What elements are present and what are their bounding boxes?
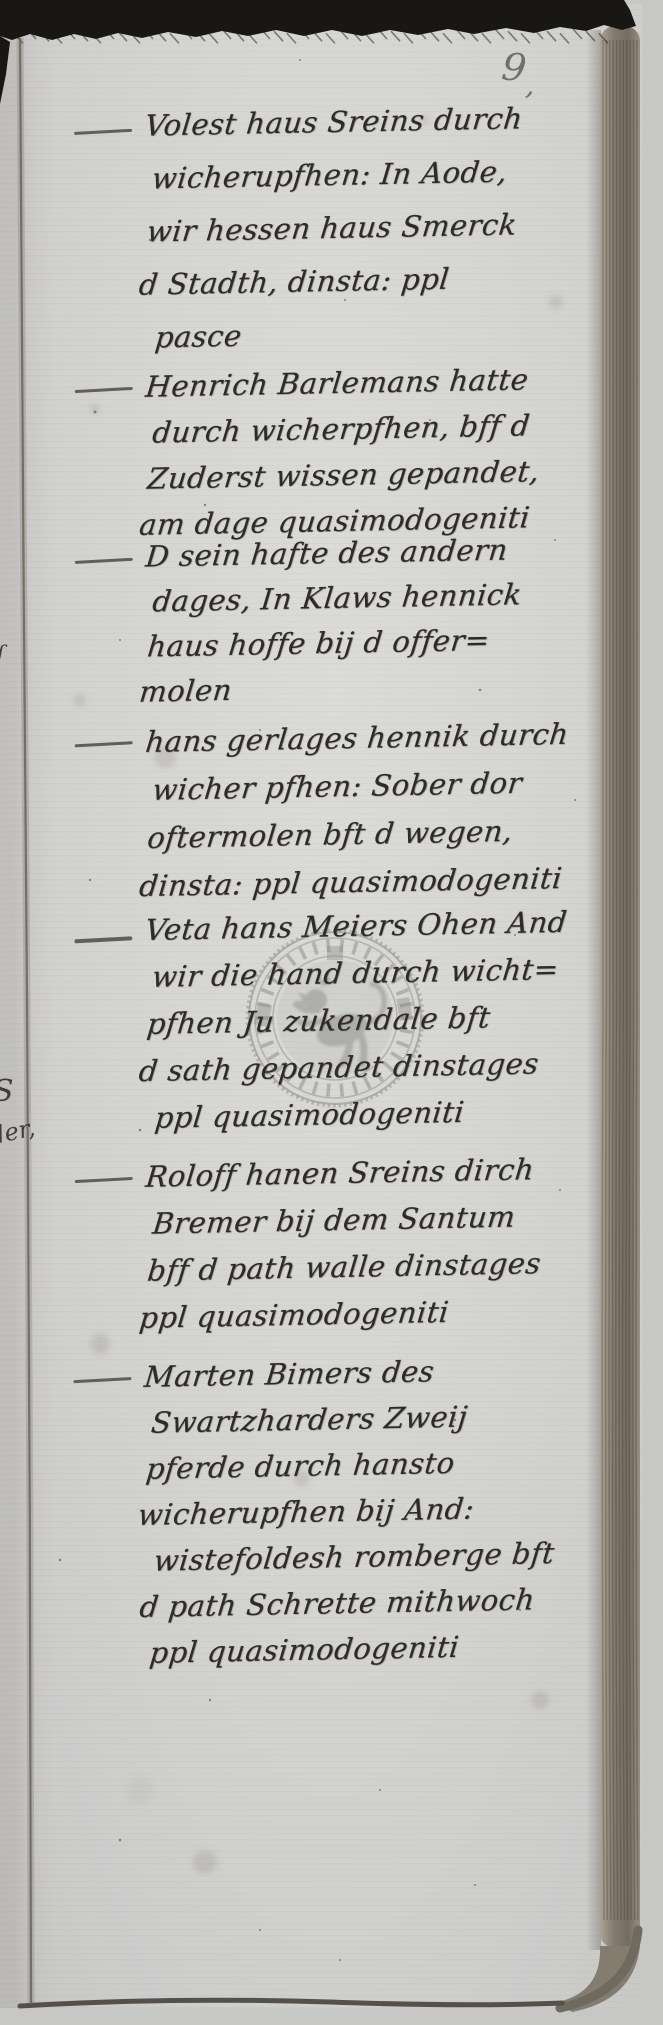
handwritten-line: wistefoldesh romberge bft <box>152 1530 557 1584</box>
handwritten-line: wicherupfhen bij And: <box>136 1484 556 1538</box>
handwritten-line: durch wicherpfhen, bff d <box>150 402 541 456</box>
margin-fragment: S <box>0 1074 14 1109</box>
handwritten-line: ppl quasimodogeniti <box>137 1287 544 1342</box>
handwritten-line: haus hoffe bij d offer= <box>145 617 525 669</box>
register-entry: Volest haus Sreins durchwicherupfhen: In… <box>135 92 527 364</box>
handwritten-line: wicherupfhen: In Aode, <box>149 145 526 205</box>
handwritten-line: hans gerlages hennik durch <box>143 710 571 766</box>
handwritten-line: Zuderst wissen gepandet, <box>145 448 542 502</box>
handwritten-line: wir die hand durch wicht= <box>150 946 571 1001</box>
register-entry: hans gerlages hennik durchwicher pfhen: … <box>136 710 572 910</box>
handwritten-line: wir hessen haus Smerck <box>144 198 527 258</box>
handwritten-line: Veta hans Meiers Ohen And <box>143 899 570 954</box>
handwritten-line: pfhen Ju zukendale bft <box>145 993 572 1048</box>
handwritten-line: Swartzharders Zweij <box>149 1392 554 1446</box>
handwritten-line: wicher pfhen: Sober dor <box>150 758 572 814</box>
handwritten-line: D sein hafte des andern <box>143 527 523 579</box>
handwritten-line: d path Schrette mithwoch <box>137 1576 557 1630</box>
register-entry: Roloff hanen Sreins dirchBremer bij dem … <box>136 1146 542 1342</box>
bottom-page-edge <box>20 2000 562 2006</box>
torn-top-edge <box>0 0 636 104</box>
handwritten-line: ppl quasimodogeniti <box>152 1087 573 1142</box>
handwritten-line: Volest haus Sreins durch <box>142 92 525 152</box>
register-entry: D sein hafte des anderndages, In Klaws h… <box>136 527 524 714</box>
handwritten-line: pasce <box>152 304 529 364</box>
handwritten-line: Bremer bij dem Santum <box>150 1193 542 1248</box>
gutter-fold-line <box>20 38 31 2004</box>
register-entry: Veta hans Meiers Ohen Andwir die hand du… <box>136 899 571 1142</box>
scanned-page: 9, ſSder, Volest haus Sreins durchwicher… <box>0 0 663 2025</box>
handwritten-line: Roloff hanen Sreins dirch <box>143 1146 541 1201</box>
page-number-digit: 9 <box>499 44 528 91</box>
handwritten-line: pferde durch hansto <box>144 1438 555 1492</box>
handwritten-line: ppl quasimodogeniti <box>147 1622 558 1676</box>
page-number: 9, <box>499 44 537 92</box>
handwritten-line: d sath gepandet dinstages <box>137 1040 573 1095</box>
handwritten-line: Henrich Barlemans hatte <box>143 356 540 410</box>
handwritten-line: Marten Bimers des <box>142 1346 553 1400</box>
handwritten-line: dages, In Klaws hennick <box>150 572 524 624</box>
handwritten-line: molen <box>137 662 526 714</box>
handwritten-line: bff d path walle dinstages <box>145 1240 543 1295</box>
book-edge-band <box>558 26 640 2012</box>
register-entry: Marten Bimers desSwartzharders Zweijpfer… <box>135 1346 557 1676</box>
register-entry: Henrich Barlemans hattedurch wicherpfhen… <box>136 356 540 548</box>
handwritten-line: oftermolen bft d wegen, <box>145 806 573 862</box>
handwritten-line: d Stadth, dinsta: ppl <box>136 251 528 312</box>
margin-fragment: ſ <box>0 640 4 664</box>
